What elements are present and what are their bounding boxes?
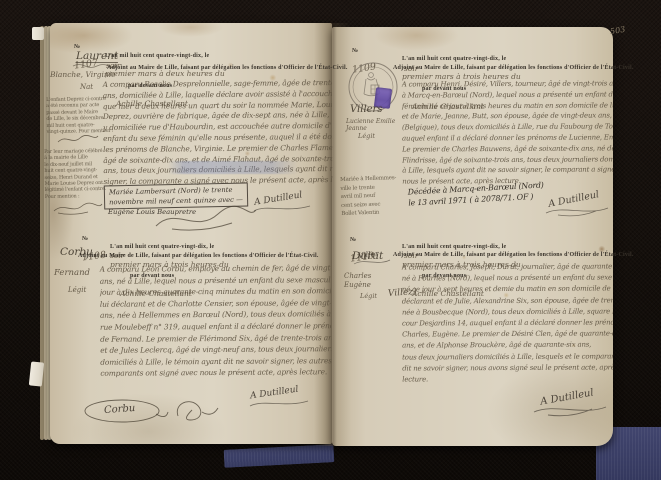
record-body: A comparu Charles, Joseph, Durut, journa…	[402, 261, 614, 385]
signature-swash-icon	[248, 399, 310, 409]
margin-given-names: Lucienne Emilie Jeanne	[346, 118, 404, 132]
margin-signature-flourish-icon	[56, 133, 100, 146]
signature-swash-icon	[532, 403, 608, 417]
margin-surname: Villers	[350, 104, 382, 115]
margin-given-names: Charles Eugène	[344, 272, 400, 290]
record-body: A comparu Henri, Désiré, Villers, tourne…	[402, 78, 614, 187]
no-symbol: №	[82, 236, 88, 242]
printed-formula-line3: Adjoint au Maire de Lille, faisant par d…	[78, 253, 319, 259]
no-symbol: №	[352, 48, 358, 54]
margin-annotation-legitimation: Par leur mariage célébréà la mairie de L…	[44, 148, 106, 200]
faded-blue-stamp	[168, 161, 298, 174]
margin-status: Nat	[80, 83, 93, 91]
margin-annotation-marriage: Mariée à Hellemmes-ville le trenteavril …	[340, 174, 397, 219]
cloth-strip-bottom-center	[224, 444, 335, 468]
printed-formula-line3: Adjoint au Maire de Lille, faisant par d…	[107, 65, 348, 71]
margin-signature-flourish-icon	[52, 200, 104, 216]
printed-formula-line3: Adjoint au Maire de Lille, faisant par d…	[393, 65, 634, 71]
no-symbol: №	[350, 237, 356, 243]
folio-number: 503	[609, 25, 626, 37]
paper-sliver	[29, 361, 44, 386]
signature-flourish-icon	[172, 396, 220, 424]
margin-given-names: Fernand	[54, 268, 90, 278]
signature-swash-icon	[252, 204, 312, 214]
margin-surname: Durut	[352, 250, 383, 262]
record-body: A comparu Léon Corbu, employé au chemin …	[100, 262, 332, 380]
register-scan: № 1107 Laurent Blanche, Virginie Nat L'e…	[0, 0, 661, 480]
signature-swash-icon	[544, 205, 610, 217]
paper-sliver	[32, 27, 44, 40]
signature-flourish-icon	[152, 204, 260, 232]
signature-corbu: Corbu	[104, 403, 136, 416]
margin-status: Légit	[358, 132, 375, 140]
margin-status: Légit	[360, 292, 377, 300]
margin-status: Légit	[68, 286, 86, 294]
printed-formula-line3: Adjoint au Maire de Lille, faisant par d…	[393, 252, 634, 258]
